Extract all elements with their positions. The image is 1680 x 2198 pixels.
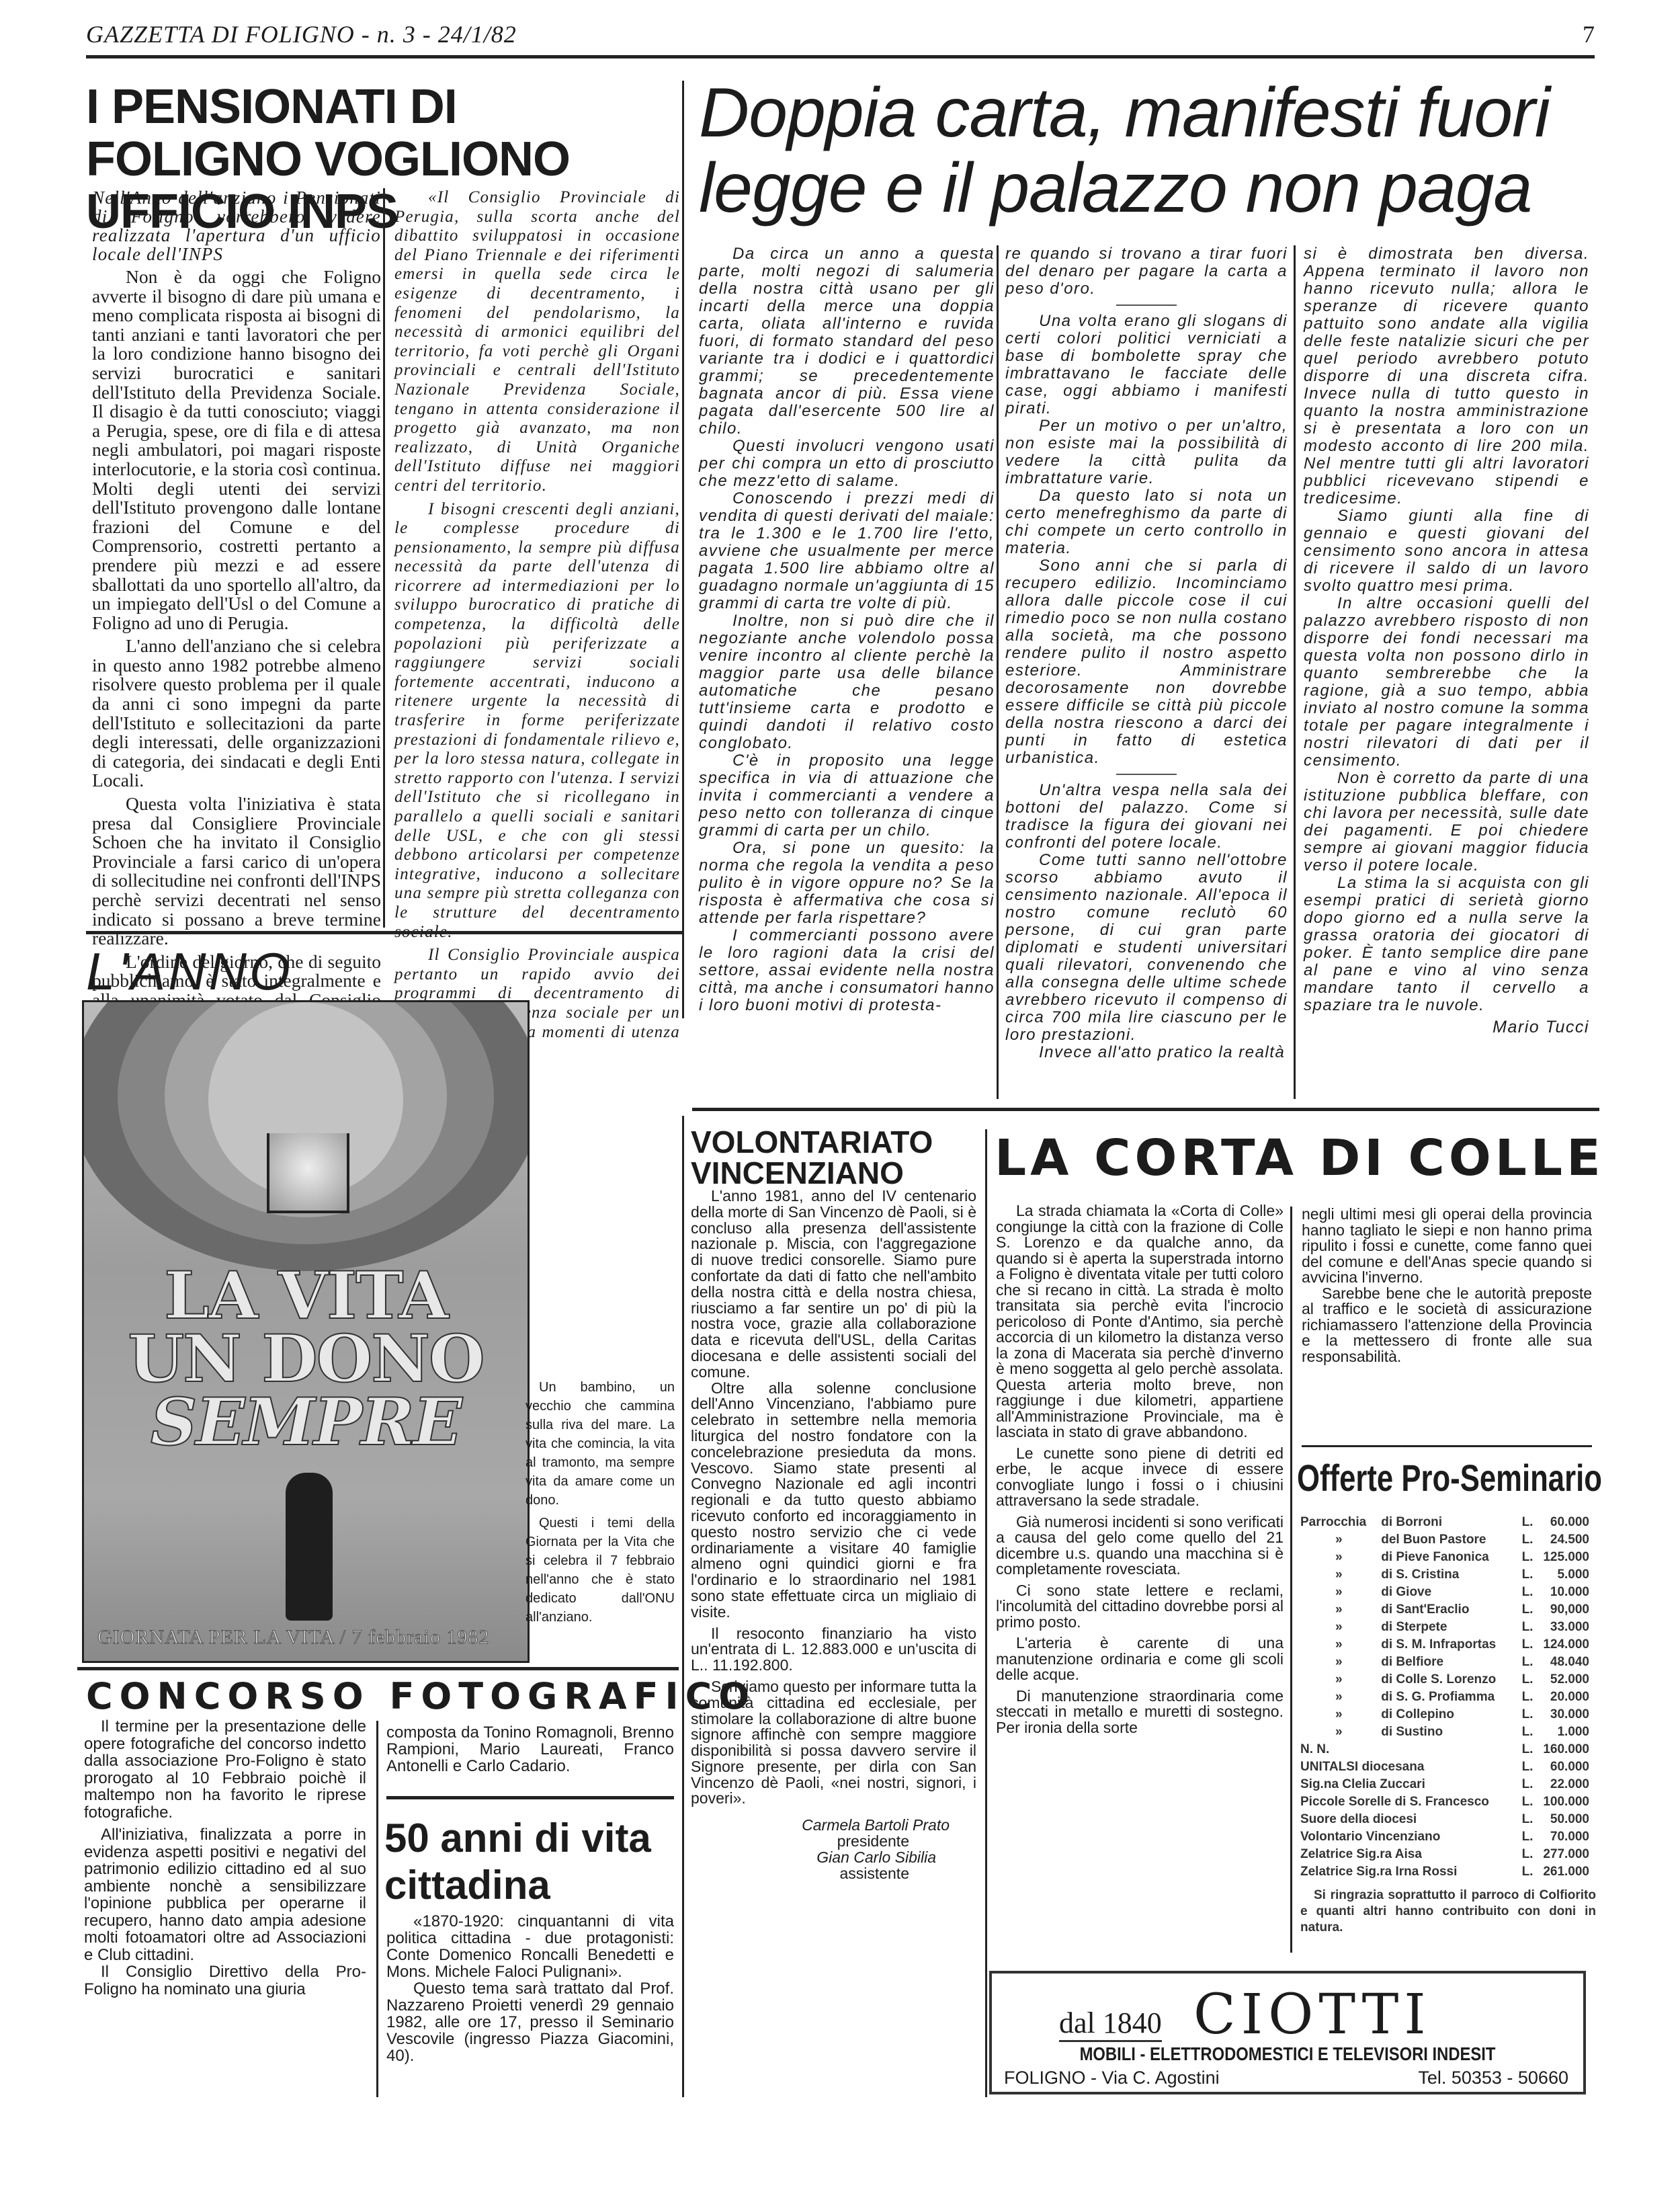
paragraph: Un bambino, un vecchio che cammina sulla…: [526, 1378, 675, 1510]
ad-phone: Tel. 50353 - 50660: [1418, 2068, 1568, 2088]
offerte-list: Parrocchiadi BorroniL.60.000 »del Buon P…: [1300, 1514, 1596, 1936]
page-number: 7: [1583, 20, 1595, 48]
paragraph: Come tutti sanno nell'ottobre scorso abb…: [1005, 852, 1288, 1044]
table-row: Sig.na Clelia ZuccariL.22.000: [1300, 1776, 1589, 1793]
offerte-thanks: Si ringrazia soprattutto il parroco di C…: [1300, 1887, 1596, 1936]
paragraph: L'anno dell'anziano che si celebra in qu…: [92, 637, 381, 790]
column-divider: [1290, 1207, 1292, 1953]
ciotti-advertisement[interactable]: dal 1840 CIOTTI MOBILI - ELETTRODOMESTIC…: [989, 1971, 1586, 2094]
column-divider: [376, 1721, 378, 2097]
paragraph: Invece all'atto pratico la realtà: [1005, 1044, 1288, 1061]
paragraph: I bisogni crescenti degli anziani, le co…: [394, 500, 680, 942]
inps-article-col1: Nell'Anno dell'anziano i Pensionati di F…: [92, 188, 381, 1029]
poster-title: LA VITA UN DONO SEMPRE: [84, 1264, 528, 1454]
table-row: »di Colle S. LorenzoL.52.000: [1300, 1671, 1589, 1688]
paragraph: Di manutenzione straordinaria come stecc…: [996, 1688, 1284, 1736]
paragraph: re quando si trovano a tirar fuori del d…: [1005, 245, 1288, 298]
section-divider: [77, 1667, 679, 1670]
paragraph: Non è da oggi che Foligno avverte il bis…: [92, 268, 381, 633]
table-row: »di SterpeteL.33.000: [1300, 1619, 1589, 1636]
table-row: Volontario VincenzianoL.70.000: [1300, 1828, 1589, 1846]
paragraph: Già numerosi incidenti si sono verificat…: [996, 1514, 1284, 1578]
signature-name: Carmela Bartoli Prato: [691, 1818, 976, 1834]
corta-col1: La strada chiamata la «Corta di Colle» c…: [996, 1203, 1284, 1736]
paragraph: Per un motivo o per un'altro, non esiste…: [1005, 417, 1288, 487]
donor-table: Parrocchiadi BorroniL.60.000 »del Buon P…: [1300, 1514, 1589, 1881]
table-row: »di Pieve FanonicaL.125.000: [1300, 1549, 1589, 1566]
poster-image: LA VITA UN DONO SEMPRE GIORNATA PER LA V…: [82, 1000, 530, 1663]
paragraph: «Il Consiglio Provinciale di Perugia, su…: [394, 188, 680, 496]
paragraph: Questi i temi della Giornata per la Vita…: [526, 1514, 675, 1627]
paragraph: Un'altra vespa nella sala dei bottoni de…: [1005, 782, 1288, 852]
paragraph: negli ultimi mesi gli operai della provi…: [1302, 1207, 1592, 1286]
section-divider: [1302, 1445, 1592, 1447]
table-row: »di GioveL.10.000: [1300, 1584, 1589, 1601]
paragraph: Sarebbe bene che le autorità preposte al…: [1302, 1286, 1592, 1365]
paragraph: C'è in proposito una legge specifica in …: [699, 752, 995, 840]
walking-man-silhouette: [286, 1473, 333, 1621]
paragraph: Da questo lato si nota un certo menefreg…: [1005, 487, 1288, 557]
column-divider: [682, 1116, 684, 2097]
table-row: »del Buon PastoreL.24.500: [1300, 1531, 1589, 1549]
cinquanta-headline: 50 anni di vita cittadina: [384, 1815, 673, 1909]
paragraph: Oltre alla solenne conclusione dell'Anno…: [691, 1381, 976, 1621]
paragraph: Questi involucri vengono usati per chi c…: [699, 438, 995, 490]
short-divider: [1116, 304, 1177, 306]
table-row: »di S. CristinaL.5.000: [1300, 1566, 1589, 1584]
paragraph: L'anno 1981, anno del IV centenario dell…: [691, 1188, 976, 1381]
volontariato-body: L'anno 1981, anno del IV centenario dell…: [691, 1188, 976, 1881]
paragraph: I commercianti possono avere le loro rag…: [699, 927, 995, 1014]
volontariato-headline: VOLONTARIATO VINCENZIANO: [691, 1127, 986, 1188]
paragraph: La strada chiamata la «Corta di Colle» c…: [996, 1203, 1284, 1440]
poster-footer: GIORNATA PER LA VITA / 7 febbraio 1982: [97, 1626, 489, 1649]
column-divider: [1294, 245, 1296, 1099]
column-divider: [682, 81, 684, 1018]
column-divider: [985, 1129, 987, 2097]
inps-article-col2: «Il Consiglio Provinciale di Perugia, su…: [394, 188, 680, 1061]
signature-role: presidente: [691, 1834, 976, 1850]
paragraph: Le cunette sono piene di detriti ed erbe…: [996, 1446, 1284, 1509]
paragraph: Siamo giunti alla fine di gennaio e ques…: [1304, 507, 1589, 595]
paragraph: Sono anni che si parla di recupero edili…: [1005, 557, 1288, 767]
table-row: »di S. G. ProfiammaL.20.000: [1300, 1688, 1589, 1706]
inps-lead: Nell'Anno dell'anziano i Pensionati di F…: [92, 188, 381, 263]
doppia-col2: re quando si trovano a tirar fuori del d…: [1005, 245, 1288, 1061]
ad-products: MOBILI - ELETTRODOMESTICI E TELEVISORI I…: [1036, 2043, 1539, 2065]
section-divider: [692, 1108, 1599, 1111]
paragraph: Da circa un anno a questa parte, molti n…: [699, 245, 995, 438]
paragraph: Conoscendo i prezzi medi di vendita di q…: [699, 490, 995, 612]
paragraph: Inoltre, non si può dire che il negozian…: [699, 612, 995, 752]
table-row: Piccole Sorelle di S. FrancescoL.100.000: [1300, 1793, 1589, 1811]
author-byline: Mario Tucci: [1304, 1018, 1589, 1036]
doppia-headline: Doppia carta, manifesti fuori legge e il…: [699, 75, 1599, 226]
paragraph: si è dimostrata ben diversa. Appena term…: [1304, 245, 1589, 507]
publication-title: GAZZETTA DI FOLIGNO - n. 3 - 24/1/82: [86, 20, 517, 48]
table-row: Parrocchiadi BorroniL.60.000: [1300, 1514, 1589, 1531]
ad-since: dal 1840: [1059, 2006, 1162, 2042]
column-divider: [997, 245, 999, 1099]
short-divider: [1116, 774, 1177, 775]
paragraph: Il termine per la presentazione delle op…: [84, 1718, 366, 1821]
page-header: GAZZETTA DI FOLIGNO - n. 3 - 24/1/82 7: [86, 20, 1595, 58]
concorso-col1: Il termine per la presentazione delle op…: [84, 1718, 366, 1998]
doppia-col1: Da circa un anno a questa parte, molti n…: [699, 245, 995, 1014]
table-row: »di Sant'EraclioL.90,000: [1300, 1601, 1589, 1619]
section-divider: [386, 1796, 674, 1799]
offerte-headline: Offerte Pro-Seminario: [1297, 1456, 1533, 1500]
paragraph: Il Consiglio Direttivo della Pro-Foligno…: [84, 1963, 366, 1998]
corta-headline: LA CORTA DI COLLE: [995, 1129, 1599, 1187]
ad-brand: CIOTTI: [1193, 1983, 1431, 2047]
paragraph: Non è corretto da parte di una istituzio…: [1304, 770, 1589, 874]
paragraph: All'iniziativa, finalizzata a porre in e…: [84, 1826, 366, 1963]
paragraph: Il resoconto finanziario ha visto un'ent…: [691, 1626, 976, 1674]
table-row: »di SustinoL.1.000: [1300, 1723, 1589, 1741]
table-row: N. N.L.160.000: [1300, 1741, 1589, 1758]
paragraph: Ci sono state lettere e reclami, l'incol…: [996, 1583, 1284, 1631]
paragraph: «1870-1920: cinquantanni di vita politic…: [386, 1913, 674, 1980]
paragraph: Questa volta l'iniziativa è stata presa …: [92, 795, 381, 948]
paragraph: Una volta erano gli slogans di certi col…: [1005, 313, 1288, 417]
signature-role: assistente: [691, 1866, 976, 1882]
table-row: Zelatrice Sig.ra Irna RossiL.261.000: [1300, 1863, 1589, 1881]
section-divider: [86, 931, 682, 934]
concorso-headline: CONCORSO FOTOGRAFICO: [86, 1675, 677, 1717]
table-row: UNITALSI diocesanaL.60.000: [1300, 1758, 1589, 1776]
paragraph: Scriviamo questo per informare tutta la …: [691, 1679, 976, 1807]
poster-caption: Un bambino, un vecchio che cammina sulla…: [526, 1378, 675, 1627]
paragraph: Questo tema sarà trattato dal Prof. Nazz…: [386, 1980, 674, 2064]
signature-name: Gian Carlo Sibilia: [691, 1850, 976, 1866]
table-row: »di S. M. InfraportasL.124.000: [1300, 1636, 1589, 1654]
doppia-col3: si è dimostrata ben diversa. Appena term…: [1304, 245, 1589, 1036]
paragraph: L'arteria è carente di una manutenzione …: [996, 1635, 1284, 1683]
baby-photo: [267, 1133, 349, 1213]
cinquanta-body: «1870-1920: cinquantanni di vita politic…: [386, 1913, 674, 2064]
column-divider: [383, 188, 385, 928]
table-row: Suore della diocesiL.50.000: [1300, 1811, 1589, 1828]
paragraph: Ora, si pone un quesito: la norma che re…: [699, 840, 995, 927]
table-row: »di BelfioreL.48.040: [1300, 1654, 1589, 1671]
table-row: Zelatrice Sig.ra AisaL.277.000: [1300, 1846, 1589, 1863]
paragraph: In altre occasioni quelli del palazzo av…: [1304, 595, 1589, 770]
corta-col2: negli ultimi mesi gli operai della provi…: [1302, 1207, 1592, 1365]
table-row: »di CollepinoL.30.000: [1300, 1706, 1589, 1723]
ad-address: FOLIGNO - Via C. Agostini: [1004, 2068, 1220, 2088]
paragraph: La stima la si acquista con gli esempi p…: [1304, 874, 1589, 1014]
concorso-col2: composta da Tonino Romagnoli, Brenno Ram…: [386, 1724, 674, 1775]
